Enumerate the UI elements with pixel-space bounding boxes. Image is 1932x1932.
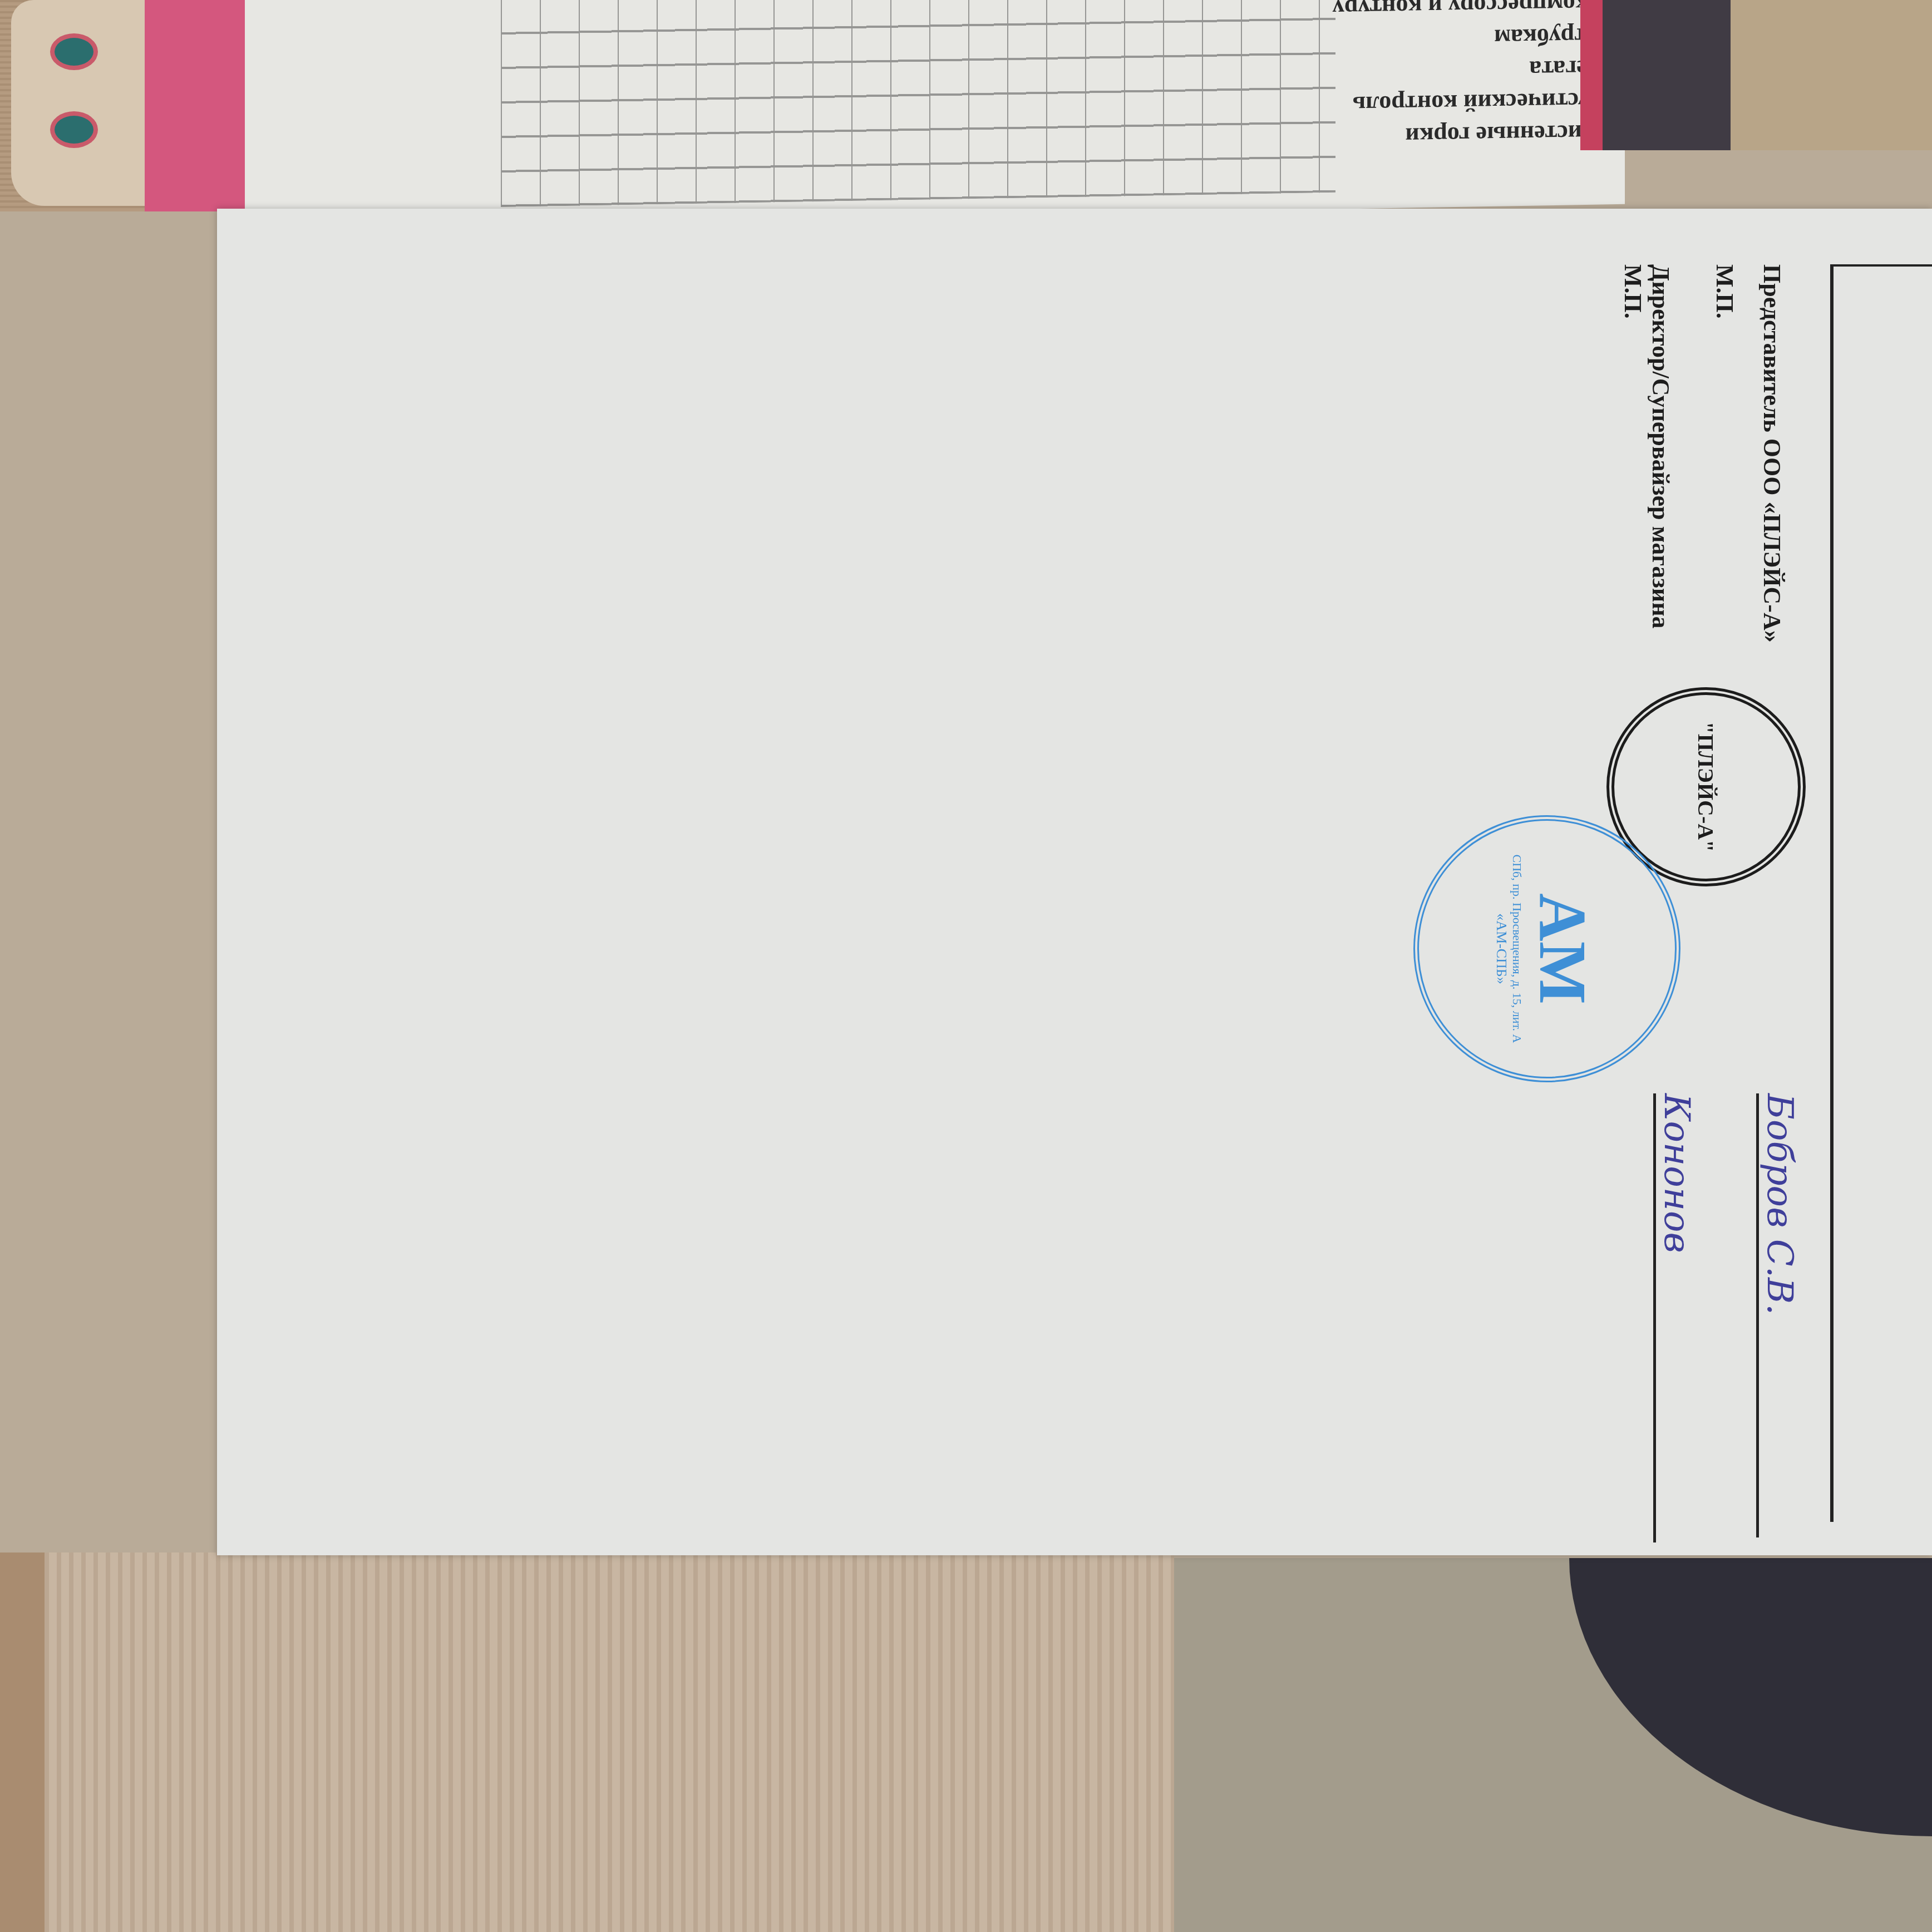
red-folder-edge	[1580, 0, 1603, 150]
remarks-border	[1830, 264, 1834, 1522]
director-mp: М.П.	[1619, 264, 1647, 319]
stamp-center-text: "ПЛЭЙС-А"	[1693, 722, 1719, 852]
stamp-address: СПб, пр. Просвещения, д. 15, лит. А	[1510, 855, 1524, 1043]
remarks-value[interactable]	[1870, 270, 1932, 1494]
checklist-grid	[501, 0, 1335, 207]
rep-name-signature[interactable]: Бобров С.В.	[1756, 1093, 1800, 1537]
beige-background	[1731, 0, 1932, 150]
rep-mp: М.П.	[1711, 264, 1739, 319]
background-checklist-sheet: 4. Холодильные пристенные горки - визуал…	[245, 0, 1625, 228]
pink-folder	[145, 0, 256, 211]
director-signature-label: Директор/Супервайзер магазина	[1647, 264, 1675, 629]
stamp-logo: АМ	[1524, 855, 1601, 1043]
act-document: АКТ пусконаладочных/выполненных работ г.…	[217, 209, 1932, 1555]
remarks-border	[1834, 264, 1932, 267]
am-spb-stamp: АМ СПб, пр. Просвещения, д. 15, лит. А «…	[1413, 815, 1680, 1082]
rep-signature-label: Представитель ООО «ПЛЭЙС-А»	[1758, 264, 1786, 643]
dark-object	[1603, 0, 1731, 150]
stamp-name: «АМ-СПБ»	[1493, 855, 1510, 1043]
document-page: АКТ пусконаладочных/выполненных работ г.…	[367, 225, 1692, 1566]
table-surface	[0, 1552, 1174, 1932]
director-name-signature[interactable]: Кононов	[1653, 1093, 1697, 1542]
table-edge	[0, 1552, 45, 1932]
